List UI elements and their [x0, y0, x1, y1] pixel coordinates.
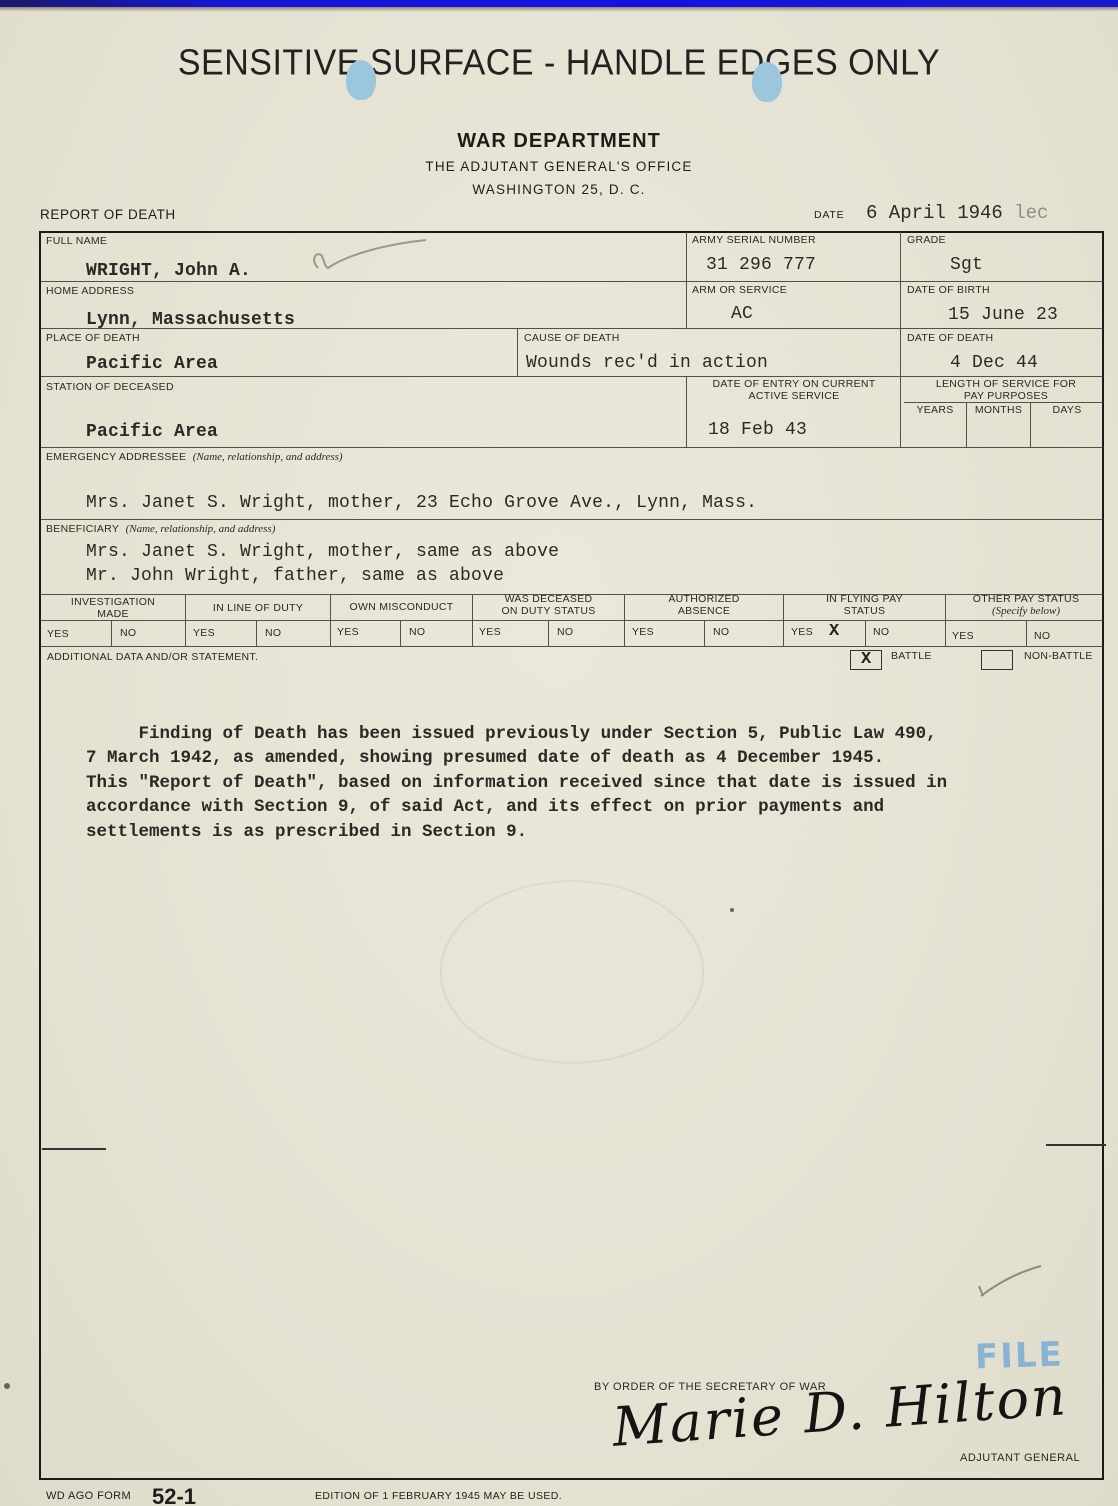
service-length-label: LENGTH OF SERVICE FORPAY PURPOSES — [904, 378, 1108, 402]
serial-number-label: ARMY SERIAL NUMBER — [692, 234, 816, 246]
date-of-death-label: DATE OF DEATH — [907, 332, 993, 344]
faint-seal-stamp — [440, 880, 704, 1064]
rule-grid-yn-1 — [111, 620, 112, 646]
investigation-no[interactable]: NO — [120, 627, 136, 639]
status-duty-status-line1: WAS DECEASED — [473, 593, 624, 605]
beneficiary-line-1: Mrs. Janet S. Wright, mother, same as ab… — [86, 542, 559, 562]
office-title: THE ADJUTANT GENERAL'S OFFICE — [0, 159, 1118, 174]
rule-grid-yn-5 — [704, 620, 705, 646]
date-label: DATE — [814, 209, 844, 221]
statement-line-2: 7 March 1942, as amended, showing presum… — [86, 746, 1096, 770]
statement-line-4: accordance with Section 9, of said Act, … — [86, 795, 1096, 819]
non-battle-checkbox[interactable] — [981, 650, 1013, 670]
status-investigation-header: INVESTIGATIONMADE — [41, 596, 185, 620]
flying-pay-no[interactable]: NO — [873, 626, 889, 638]
date-of-birth-value: 15 June 23 — [948, 305, 1058, 325]
rule-grid-yn-2 — [256, 620, 257, 646]
adjutant-general-title: ADJUTANT GENERAL — [960, 1452, 1080, 1465]
service-days-label: DAYS — [1031, 404, 1103, 416]
beneficiary-hint: (Name, relationship, and address) — [126, 523, 276, 535]
home-address-value: Lynn, Massachusetts — [86, 310, 295, 330]
place-of-death-label: PLACE OF DEATH — [46, 332, 140, 344]
station-value: Pacific Area — [86, 422, 218, 442]
other-pay-yes[interactable]: YES — [952, 630, 974, 642]
report-date: 6 April 1946 lec — [866, 202, 1048, 224]
paper-speck — [730, 908, 734, 912]
report-date-suffix: lec — [1014, 202, 1048, 224]
absence-yes[interactable]: YES — [632, 626, 654, 638]
status-other-pay-line2: (Specify below) — [946, 605, 1106, 618]
rule-grid-mid — [41, 620, 1103, 621]
top-edge-shadow — [0, 7, 1118, 12]
service-years-label: YEARS — [904, 404, 966, 416]
date-of-death-value: 4 Dec 44 — [950, 353, 1038, 373]
beneficiary-label: BENEFICIARY (Name, relationship, and add… — [46, 523, 275, 536]
emergency-addressee-hint: (Name, relationship, and address) — [193, 451, 343, 463]
rule-grid-yn-4 — [548, 620, 549, 646]
edition-note: EDITION OF 1 FEBRUARY 1945 MAY BE USED. — [315, 1490, 562, 1502]
statement-line-3: This "Report of Death", based on informa… — [86, 771, 1096, 795]
service-length-label-line2: PAY PURPOSES — [904, 390, 1108, 402]
fold-mark-right — [1046, 1144, 1106, 1146]
station-label: STATION OF DECEASED — [46, 381, 174, 393]
punch-hole-left — [346, 60, 376, 100]
pencil-check-icon — [975, 1262, 1045, 1300]
form-label: WD AGO FORM — [46, 1490, 131, 1502]
status-duty-status-header: WAS DECEASEDON DUTY STATUS — [473, 593, 624, 617]
rule-col-entry — [686, 376, 687, 447]
rule-col-serial — [686, 232, 687, 328]
form-title: REPORT OF DEATH — [40, 207, 176, 222]
beneficiary-line-2: Mr. John Wright, father, same as above — [86, 566, 504, 586]
rule-grid-yn-3 — [400, 620, 401, 646]
full-name-label: FULL NAME — [46, 235, 107, 247]
rule-row3 — [41, 376, 1103, 377]
status-other-pay-hint: (Specify below) — [992, 605, 1060, 617]
rule-grid-yn-6 — [865, 620, 866, 646]
additional-data-label: ADDITIONAL DATA AND/OR STATEMENT. — [47, 651, 258, 663]
place-of-death-value: Pacific Area — [86, 354, 218, 374]
grade-label: GRADE — [907, 234, 946, 246]
absence-no[interactable]: NO — [713, 626, 729, 638]
status-other-pay-line1: OTHER PAY STATUS — [946, 593, 1106, 605]
other-pay-no[interactable]: NO — [1034, 630, 1050, 642]
status-absence-line1: AUTHORIZED — [625, 593, 783, 605]
line-of-duty-yes[interactable]: YES — [193, 627, 215, 639]
service-months-label: MONTHS — [967, 404, 1030, 416]
service-length-label-line1: LENGTH OF SERVICE FOR — [904, 378, 1108, 390]
office-location: WASHINGTON 25, D. C. — [0, 182, 1118, 197]
cause-of-death-value: Wounds rec'd in action — [526, 353, 768, 373]
flying-pay-yes[interactable]: YES — [791, 626, 813, 638]
rule-grid-yn-7 — [1026, 620, 1027, 646]
statement-line-1: Finding of Death has been issued previou… — [86, 722, 1096, 746]
punch-hole-right — [752, 62, 782, 102]
non-battle-label: NON-BATTLE — [1024, 650, 1093, 662]
battle-check-mark: X — [861, 650, 871, 669]
arm-service-value: AC — [731, 304, 753, 324]
line-of-duty-no[interactable]: NO — [265, 627, 281, 639]
status-flying-pay-line1: IN FLYING PAY — [784, 593, 945, 605]
status-absence-header: AUTHORIZEDABSENCE — [625, 593, 783, 617]
statement-line-5: settlements is as prescribed in Section … — [86, 820, 1096, 844]
rule-col-grade — [900, 232, 901, 447]
pencil-check-icon — [308, 238, 430, 274]
flying-pay-yes-mark: X — [829, 622, 839, 641]
status-flying-pay-line2: STATUS — [784, 605, 945, 617]
fold-mark-left — [42, 1148, 106, 1150]
status-duty-status-line2: ON DUTY STATUS — [473, 605, 624, 617]
date-of-birth-label: DATE OF BIRTH — [907, 284, 990, 296]
statement-text: Finding of Death has been issued previou… — [86, 722, 1096, 844]
emergency-addressee-value: Mrs. Janet S. Wright, mother, 23 Echo Gr… — [86, 493, 757, 513]
emergency-addressee-label: EMERGENCY ADDRESSEE (Name, relationship,… — [46, 451, 343, 464]
report-date-value: 6 April 1946 — [866, 202, 1014, 224]
cause-of-death-label: CAUSE OF DEATH — [524, 332, 620, 344]
entry-date-label-line1: DATE OF ENTRY ON CURRENT — [690, 378, 898, 390]
paper-speck — [4, 1383, 10, 1389]
home-address-label: HOME ADDRESS — [46, 285, 134, 297]
duty-status-yes[interactable]: YES — [479, 626, 501, 638]
battle-label: BATTLE — [891, 650, 932, 662]
rule-row4 — [41, 447, 1103, 448]
status-investigation-line2: MADE — [41, 608, 185, 620]
rule-row5 — [41, 519, 1103, 520]
grade-value: Sgt — [950, 255, 983, 275]
status-absence-line2: ABSENCE — [625, 605, 783, 617]
top-edge-strip — [0, 0, 1118, 7]
rule-col-cause — [517, 328, 518, 376]
misconduct-no[interactable]: NO — [409, 626, 425, 638]
entry-date-label-line2: ACTIVE SERVICE — [690, 390, 898, 402]
misconduct-yes[interactable]: YES — [337, 626, 359, 638]
handling-warning: SENSITIVE SURFACE - HANDLE EDGES ONLY — [0, 43, 1118, 84]
rule-row1 — [41, 281, 1103, 282]
report-form — [39, 231, 1104, 1480]
emergency-addressee-title: EMERGENCY ADDRESSEE — [46, 451, 186, 463]
status-line-of-duty-header: IN LINE OF DUTY — [186, 602, 330, 614]
status-investigation-line1: INVESTIGATION — [41, 596, 185, 608]
rule-grid-bottom — [41, 646, 1103, 647]
investigation-yes[interactable]: YES — [47, 628, 69, 640]
entry-date-value: 18 Feb 43 — [708, 420, 807, 440]
department-title: WAR DEPARTMENT — [0, 130, 1118, 153]
full-name-value: WRIGHT, John A. — [86, 261, 251, 281]
status-misconduct-header: OWN MISCONDUCT — [331, 601, 472, 613]
entry-date-label: DATE OF ENTRY ON CURRENTACTIVE SERVICE — [690, 378, 898, 402]
status-other-pay-header: OTHER PAY STATUS(Specify below) — [946, 593, 1106, 618]
beneficiary-title: BENEFICIARY — [46, 523, 119, 535]
form-number: 52-1 — [152, 1484, 196, 1506]
duty-status-no[interactable]: NO — [557, 626, 573, 638]
rule-service-length — [904, 402, 1103, 403]
serial-number-value: 31 296 777 — [706, 255, 816, 275]
arm-service-label: ARM OR SERVICE — [692, 284, 787, 296]
status-flying-pay-header: IN FLYING PAYSTATUS — [784, 593, 945, 617]
